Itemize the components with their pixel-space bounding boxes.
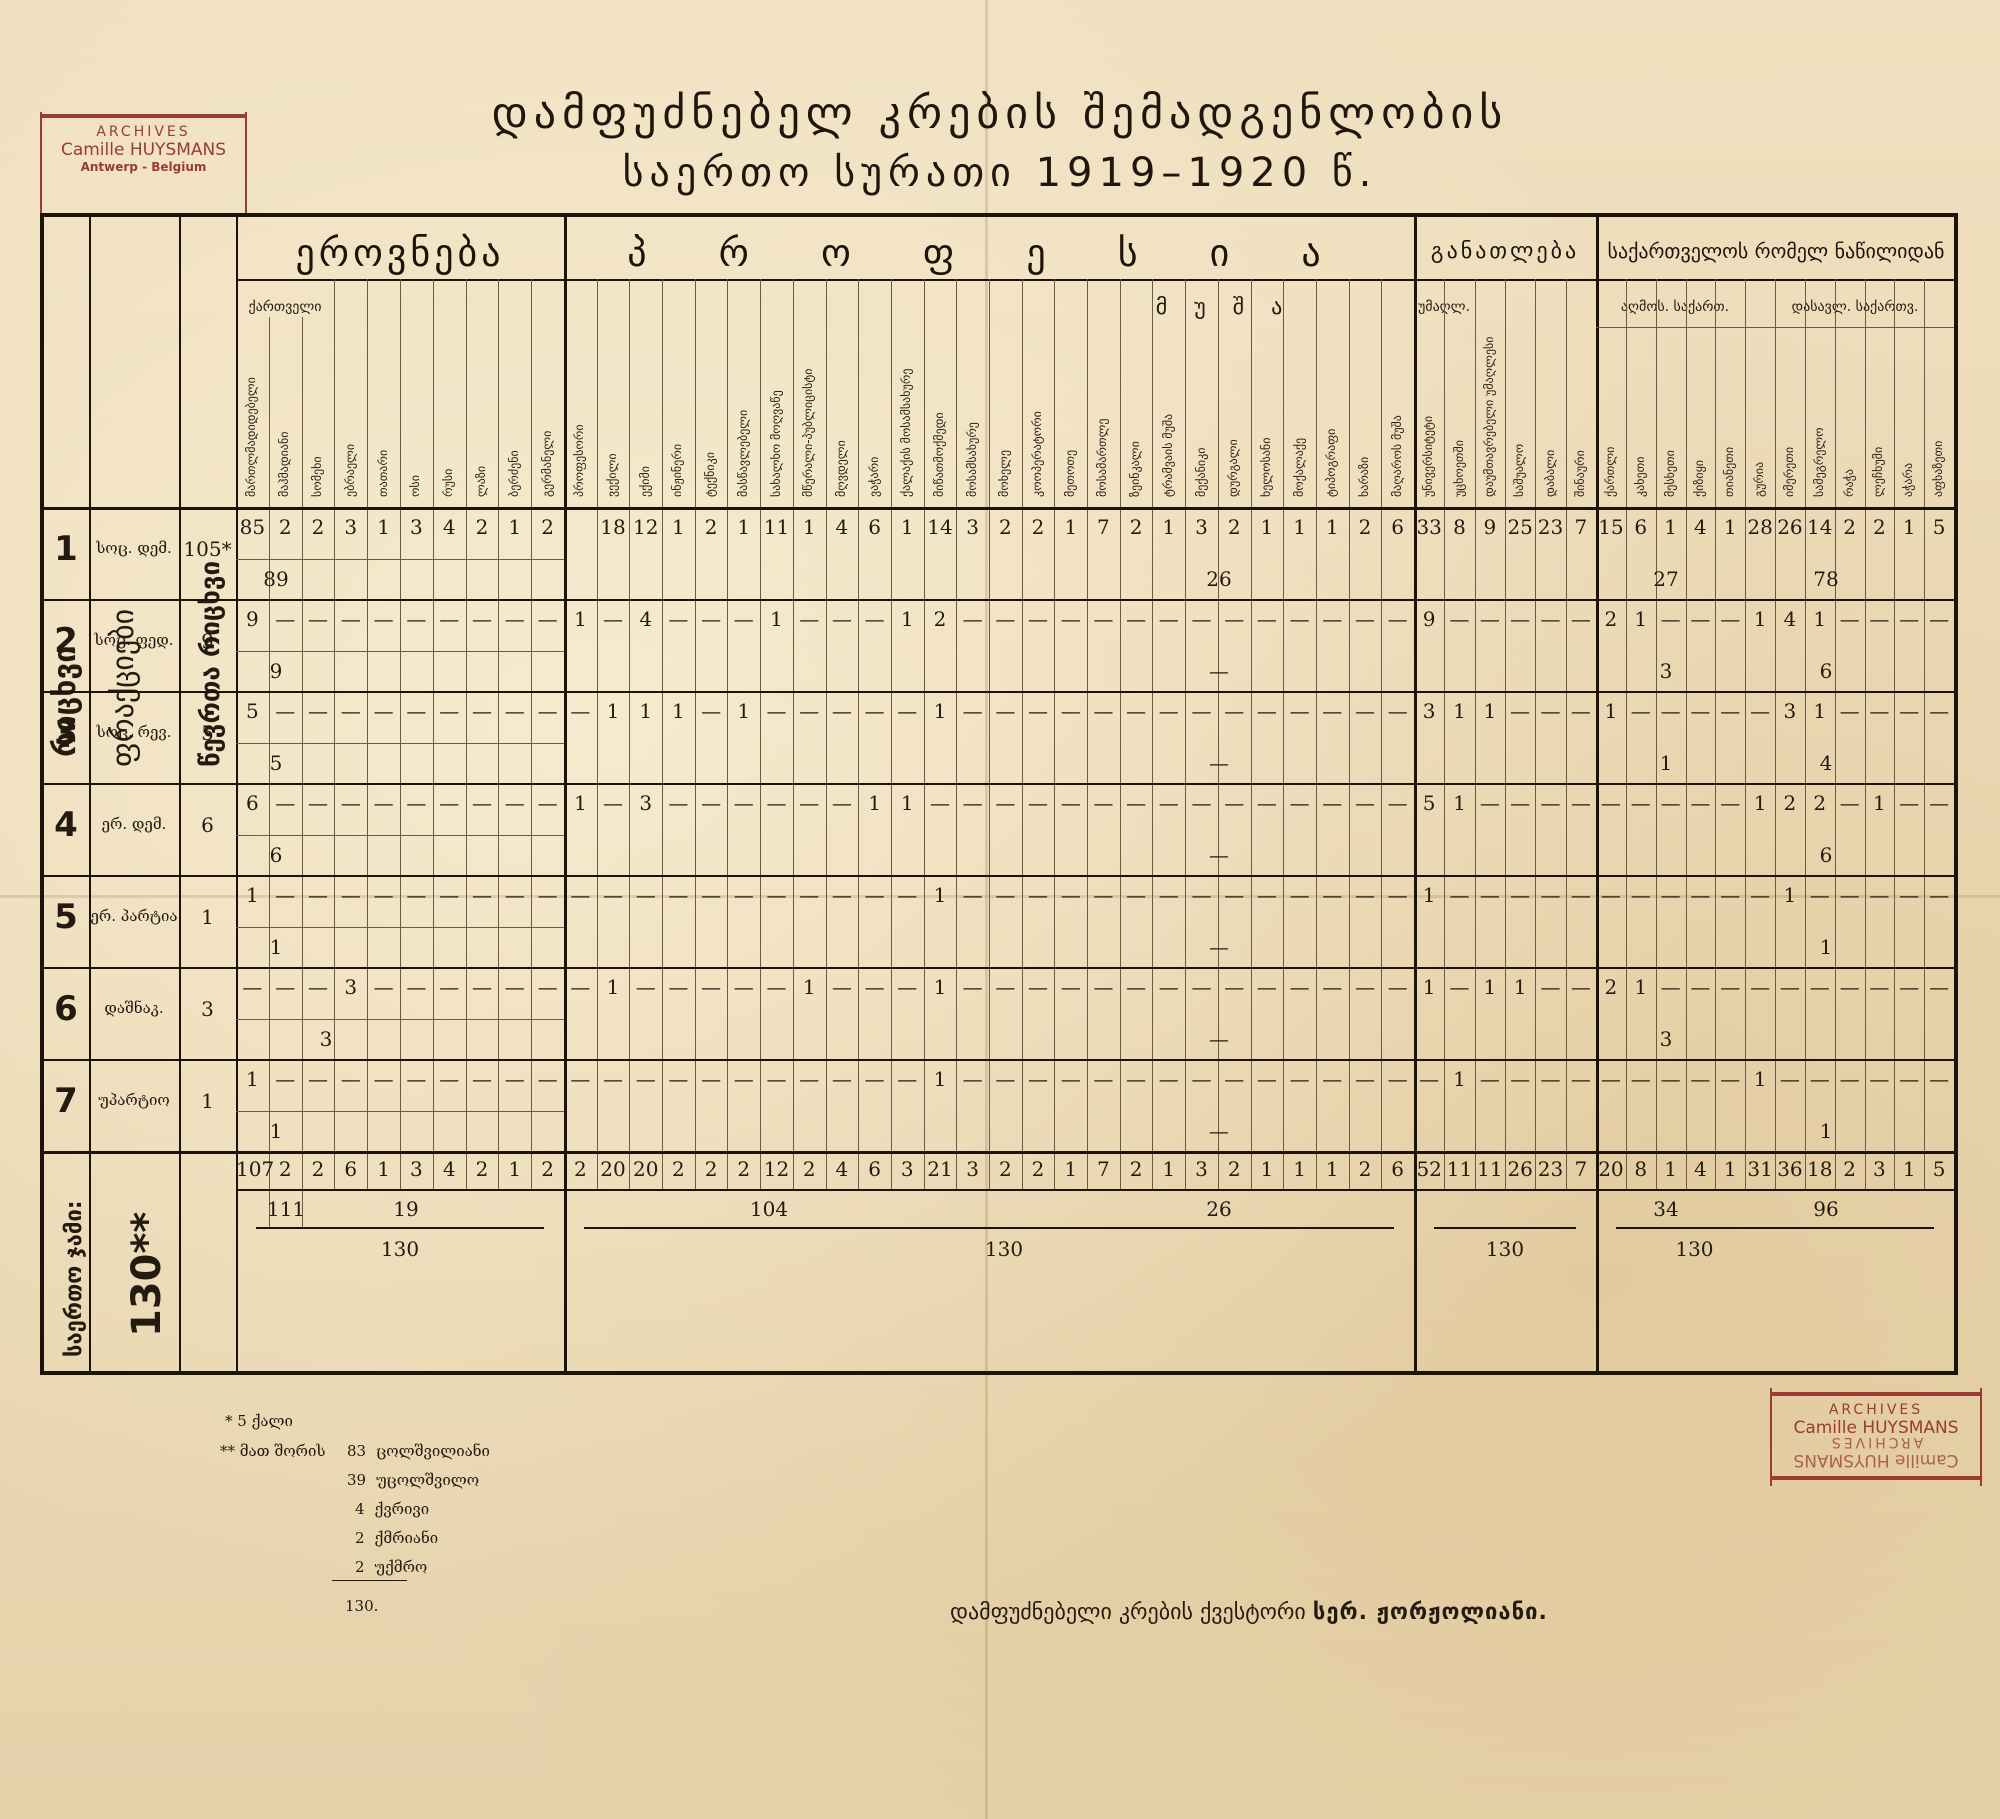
cell-profession: — — [1316, 883, 1349, 907]
cell-profession: — — [891, 883, 924, 907]
cell-nationality: — — [466, 883, 499, 907]
cell-region: — — [1805, 1067, 1835, 1091]
cell-region: — — [1656, 883, 1686, 907]
cell-profession: 1 — [793, 515, 826, 539]
cell-profession: — — [564, 699, 597, 723]
cell-education: 25 — [1505, 515, 1535, 539]
total-education: 11 — [1475, 1157, 1505, 1181]
cell-nationality: — — [302, 607, 335, 631]
cell-profession: — — [1316, 975, 1349, 999]
cell-nationality: 3 — [334, 515, 367, 539]
cell-region: — — [1865, 975, 1895, 999]
cell-profession: — — [1283, 975, 1316, 999]
cell-nationality: — — [466, 791, 499, 815]
cell-profession: 2 — [989, 515, 1022, 539]
cell-profession: 14 — [924, 515, 957, 539]
footnote-label: ცოლშვილიანი — [376, 1442, 490, 1460]
cell-profession: — — [629, 883, 662, 907]
cell-region: — — [1894, 1067, 1924, 1091]
footnote-item: 4ქვრივი — [355, 1500, 429, 1518]
cell-region: 1 — [1596, 699, 1626, 723]
cell-profession: — — [826, 883, 859, 907]
cell-profession: 6 — [1381, 515, 1414, 539]
cell-profession: — — [1152, 607, 1185, 631]
cell-profession: — — [1022, 1067, 1055, 1091]
archive-stamp-top-left: ARCHIVES Camille HUYSMANS Antwerp - Belg… — [40, 112, 247, 214]
cell-profession: — — [1022, 607, 1055, 631]
member-count: 6 — [179, 813, 236, 837]
cell-profession: — — [597, 883, 630, 907]
cell-profession: — — [826, 607, 859, 631]
cell-nationality: — — [334, 883, 367, 907]
cell-profession: — — [858, 975, 891, 999]
total-profession: 6 — [858, 1157, 891, 1181]
total-region: 4 — [1686, 1157, 1716, 1181]
cell-region: — — [1924, 975, 1954, 999]
cell-profession: 1 — [924, 1067, 957, 1091]
cell-region: — — [1715, 1067, 1745, 1091]
stamp-text: ARCHIVES — [1776, 1402, 1976, 1418]
cell-profession: — — [1283, 1067, 1316, 1091]
total-profession: 2 — [793, 1157, 826, 1181]
cell-profession: — — [727, 975, 760, 999]
cell-profession: — — [989, 1067, 1022, 1091]
region-subtotal: 1 — [1616, 751, 1716, 775]
column-header-region: მესხეთი — [1663, 367, 1677, 497]
cell-education: — — [1505, 607, 1535, 631]
cell-nationality: — — [302, 791, 335, 815]
total-profession: 3 — [1185, 1157, 1218, 1181]
cell-profession: — — [695, 607, 728, 631]
party-name: სოც. დემ. — [90, 539, 178, 557]
cell-profession: — — [1349, 699, 1382, 723]
cell-region: 4 — [1686, 515, 1716, 539]
cell-profession: — — [727, 607, 760, 631]
total-region: 18 — [1805, 1157, 1835, 1181]
column-header-profession: მეთოთე — [1063, 367, 1077, 497]
cell-region: — — [1835, 1067, 1865, 1091]
column-header-nationality: ბერძენი — [507, 367, 521, 497]
cell-education: 1 — [1444, 699, 1474, 723]
cell-profession: — — [1251, 699, 1284, 723]
cell-nationality: 1 — [498, 515, 531, 539]
cell-profession: — — [1218, 975, 1251, 999]
cell-nationality: — — [334, 1067, 367, 1091]
total-region: 1 — [1656, 1157, 1686, 1181]
cell-profession: — — [662, 607, 695, 631]
column-header-profession: მოსამართლე — [1095, 367, 1109, 497]
cell-nationality: — — [269, 607, 302, 631]
cell-nationality: 3 — [400, 515, 433, 539]
total-profession: 1 — [1054, 1157, 1087, 1181]
cell-profession: — — [695, 1067, 728, 1091]
cell-profession: — — [1349, 791, 1382, 815]
cell-region: — — [1656, 1067, 1686, 1091]
cell-nationality: — — [400, 791, 433, 815]
cell-nationality: — — [433, 791, 466, 815]
cell-region: — — [1894, 699, 1924, 723]
cell-profession: 1 — [760, 607, 793, 631]
cell-profession: — — [858, 699, 891, 723]
header-east-georgia: აღმოს. საქართ. — [1600, 299, 1750, 315]
cell-region: 2 — [1596, 607, 1626, 631]
cell-region: — — [1894, 607, 1924, 631]
column-header-education: უცხოეთში — [1452, 367, 1466, 497]
total-nationality: 107 — [236, 1157, 269, 1181]
cell-education: — — [1566, 975, 1596, 999]
grand-total: 130** — [124, 1157, 170, 1337]
cell-profession: — — [1283, 699, 1316, 723]
total-profession: 2 — [1022, 1157, 1055, 1181]
cell-region: 4 — [1775, 607, 1805, 631]
cell-profession: — — [858, 1067, 891, 1091]
cell-nationality: — — [531, 883, 564, 907]
cell-profession: — — [1218, 883, 1251, 907]
cell-region: — — [1656, 699, 1686, 723]
cell-profession: 2 — [695, 515, 728, 539]
cell-profession: — — [564, 1067, 597, 1091]
cell-region: 1 — [1805, 699, 1835, 723]
cell-profession: — — [760, 699, 793, 723]
cell-profession: — — [956, 699, 989, 723]
header-georgian: ქართველი — [240, 299, 330, 315]
column-header-profession: მღვდელი — [834, 317, 848, 497]
total-education: 52 — [1414, 1157, 1444, 1181]
total-professions: 104 — [684, 1197, 854, 1221]
workers-subtotal: — — [1094, 1119, 1344, 1143]
stamp-text: Camille HUYSMANS — [46, 140, 241, 160]
cell-profession: — — [956, 607, 989, 631]
total-education: 7 — [1566, 1157, 1596, 1181]
cell-profession: — — [1218, 1067, 1251, 1091]
cell-profession: — — [1120, 883, 1153, 907]
cell-region: — — [1686, 791, 1716, 815]
cell-profession: — — [1087, 607, 1120, 631]
cell-education: 9 — [1475, 515, 1505, 539]
cell-nationality: — — [400, 883, 433, 907]
total-nationality: 4 — [433, 1157, 466, 1181]
cell-profession: — — [1381, 699, 1414, 723]
cell-region: 1 — [1656, 515, 1686, 539]
footnote-women: * 5 ქალი — [225, 1412, 293, 1430]
total-profession: 7 — [1087, 1157, 1120, 1181]
cell-region: 14 — [1805, 515, 1835, 539]
total-education: 26 — [1505, 1157, 1535, 1181]
cell-education: — — [1505, 699, 1535, 723]
total-region: 36 — [1775, 1157, 1805, 1181]
cell-region: — — [1715, 883, 1745, 907]
cell-profession: 1 — [662, 515, 695, 539]
cell-profession: — — [727, 883, 760, 907]
cell-education: — — [1475, 883, 1505, 907]
total-profession: 6 — [1381, 1157, 1414, 1181]
total-nationality: 2 — [466, 1157, 499, 1181]
archive-stamp-bottom-right: ARCHIVES Camille HUYSMANS Camille HUYSMA… — [1770, 1388, 1982, 1486]
total-profession: 2 — [727, 1157, 760, 1181]
cell-nationality: 4 — [433, 515, 466, 539]
total-profession: 2 — [564, 1157, 597, 1181]
cell-profession: — — [1218, 607, 1251, 631]
cell-region: — — [1865, 1067, 1895, 1091]
cell-profession: 11 — [760, 515, 793, 539]
cell-region: — — [1686, 607, 1716, 631]
region-subtotal: 27 — [1616, 567, 1716, 591]
cell-profession: 4 — [826, 515, 859, 539]
cell-education: 1 — [1414, 975, 1444, 999]
cell-profession: 1 — [924, 975, 957, 999]
footnote-count: 39 — [347, 1471, 366, 1489]
cell-education: — — [1566, 791, 1596, 815]
cell-nationality: — — [302, 1067, 335, 1091]
cell-profession: — — [989, 883, 1022, 907]
cell-profession: — — [891, 699, 924, 723]
total-profession: 2 — [1120, 1157, 1153, 1181]
cell-region: — — [1626, 1067, 1656, 1091]
cell-profession: 3 — [956, 515, 989, 539]
cell-region: — — [1835, 883, 1865, 907]
cell-region: — — [1775, 1067, 1805, 1091]
cell-nationality: — — [367, 883, 400, 907]
cell-region: — — [1715, 791, 1745, 815]
cell-profession: — — [1349, 975, 1382, 999]
total-region: 8 — [1626, 1157, 1656, 1181]
cell-nationality: — — [334, 791, 367, 815]
cell-nationality: — — [498, 883, 531, 907]
total-profession: 1 — [1283, 1157, 1316, 1181]
member-count: 9 — [179, 629, 236, 653]
cell-nationality: 1 — [236, 883, 269, 907]
cell-profession: — — [1022, 883, 1055, 907]
row-number: 4 — [44, 805, 88, 845]
column-header-nationality: თათარი — [376, 367, 390, 497]
total-profession: 1 — [1152, 1157, 1185, 1181]
member-count: 3 — [179, 997, 236, 1021]
cell-profession: — — [989, 975, 1022, 999]
cell-nationality: — — [269, 883, 302, 907]
cell-region: — — [1894, 975, 1924, 999]
total-profession: 21 — [924, 1157, 957, 1181]
cell-nationality: 6 — [236, 791, 269, 815]
cell-profession: — — [1349, 607, 1382, 631]
cell-profession: — — [1185, 791, 1218, 815]
cell-profession: — — [1185, 883, 1218, 907]
cell-profession: 2 — [1120, 515, 1153, 539]
footnote-count: 83 — [347, 1442, 366, 1460]
cell-education: 9 — [1414, 607, 1444, 631]
cell-education: — — [1414, 1067, 1444, 1091]
cell-education: — — [1566, 1067, 1596, 1091]
cell-profession: 2 — [1349, 515, 1382, 539]
nationality-subtotal: 1 — [246, 1119, 306, 1143]
cell-nationality: 2 — [302, 515, 335, 539]
cell-region: — — [1805, 975, 1835, 999]
cell-education: — — [1444, 883, 1474, 907]
cell-education: 1 — [1475, 975, 1505, 999]
cell-region: — — [1596, 883, 1626, 907]
column-header-region: ქიზიყი — [1692, 367, 1706, 497]
cell-education: — — [1566, 699, 1596, 723]
cell-education: — — [1444, 607, 1474, 631]
cell-nationality: — — [400, 975, 433, 999]
cell-profession: — — [1316, 1067, 1349, 1091]
cell-region: 1 — [1626, 975, 1656, 999]
cell-region: 2 — [1865, 515, 1895, 539]
cell-region: — — [1656, 975, 1686, 999]
region-subtotal: 1 — [1776, 935, 1876, 959]
header-west-georgia: დასავლ. საქართვ. — [1760, 299, 1950, 315]
column-header-profession: ვაჭარი — [867, 367, 881, 497]
cell-education: — — [1475, 791, 1505, 815]
cell-nationality: — — [269, 699, 302, 723]
party-name: სოც. ფედ. — [90, 631, 178, 649]
header-region: საქართველოს რომელ ნაწილიდან — [1596, 239, 1956, 263]
cell-profession: — — [1054, 1067, 1087, 1091]
row-number: 6 — [44, 989, 88, 1029]
column-header-region: ლეჩხუმი — [1871, 367, 1885, 497]
cell-profession: — — [1283, 607, 1316, 631]
cell-profession: — — [1152, 1067, 1185, 1091]
cell-education: 23 — [1535, 515, 1565, 539]
cell-education: — — [1535, 699, 1565, 723]
signature-title: დამფუძნებელი კრების ქვესტორი — [950, 1600, 1306, 1625]
cell-profession: — — [662, 883, 695, 907]
total-profession: 4 — [826, 1157, 859, 1181]
cell-region: 1 — [1745, 607, 1775, 631]
total-nationality: 1 — [367, 1157, 400, 1181]
cell-education: — — [1475, 1067, 1505, 1091]
row-number: 3 — [44, 713, 88, 753]
column-header-nationality: ოსი — [408, 367, 422, 497]
cell-profession: — — [1152, 975, 1185, 999]
column-header-nationality: გერმანელი — [540, 367, 554, 497]
cell-nationality: — — [531, 791, 564, 815]
column-header-nationality: რუსი — [441, 367, 455, 497]
cell-nationality: — — [466, 699, 499, 723]
cell-nationality: — — [433, 699, 466, 723]
total-nationality: 2 — [531, 1157, 564, 1181]
cell-nationality: — — [236, 975, 269, 999]
region-subtotal: 6 — [1776, 659, 1876, 683]
total-region: 1 — [1715, 1157, 1745, 1181]
total-profession: 12 — [760, 1157, 793, 1181]
cell-profession: — — [826, 1067, 859, 1091]
cell-nationality: — — [302, 883, 335, 907]
cell-profession: — — [695, 975, 728, 999]
cell-region: — — [1924, 883, 1954, 907]
total-region: 31 — [1745, 1157, 1775, 1181]
cell-profession: — — [1185, 975, 1218, 999]
column-header-region: თიანეთი — [1722, 367, 1736, 497]
cell-region: — — [1835, 699, 1865, 723]
cell-profession: — — [956, 791, 989, 815]
cell-region: 2 — [1835, 515, 1865, 539]
cell-nationality: — — [498, 607, 531, 631]
column-header-profession: მოხელე — [997, 367, 1011, 497]
header-education: განათლება — [1414, 239, 1596, 264]
cell-profession: 1 — [1251, 515, 1284, 539]
region-subtotal: 4 — [1776, 751, 1876, 775]
cell-education: 1 — [1444, 1067, 1474, 1091]
cell-nationality: — — [269, 1067, 302, 1091]
cell-profession: — — [1381, 883, 1414, 907]
cell-profession: — — [1381, 975, 1414, 999]
column-header-region: გურია — [1752, 367, 1766, 497]
cell-profession: — — [826, 975, 859, 999]
cell-profession: 1 — [891, 607, 924, 631]
total-region: 3 — [1865, 1157, 1895, 1181]
cell-education: — — [1566, 883, 1596, 907]
cell-region: 15 — [1596, 515, 1626, 539]
footnote-item: 2ქმრიანი — [355, 1529, 438, 1547]
cell-nationality: — — [400, 607, 433, 631]
cell-region: — — [1626, 699, 1656, 723]
workers-subtotal: — — [1094, 935, 1344, 959]
total-profession: 2 — [989, 1157, 1022, 1181]
cell-profession: — — [891, 975, 924, 999]
cell-nationality: — — [531, 607, 564, 631]
cell-education: — — [1505, 791, 1535, 815]
cell-profession: — — [760, 883, 793, 907]
cell-profession: — — [727, 791, 760, 815]
cell-region: — — [1835, 975, 1865, 999]
cell-profession: 1 — [891, 791, 924, 815]
column-header-profession: ინჟინერი — [670, 367, 684, 497]
region-subtotal: 3 — [1616, 659, 1716, 683]
footnote-label: უქმრო — [375, 1558, 428, 1576]
cell-profession: — — [1283, 883, 1316, 907]
total-profession: 2 — [695, 1157, 728, 1181]
member-count: 1 — [179, 1089, 236, 1113]
cell-profession: — — [662, 1067, 695, 1091]
cell-education: — — [1566, 607, 1596, 631]
cell-profession: — — [695, 791, 728, 815]
cell-nationality: — — [334, 699, 367, 723]
cell-region: — — [1924, 699, 1954, 723]
cell-profession: — — [1185, 699, 1218, 723]
column-header-nationality: სომეხი — [310, 367, 324, 497]
cell-profession: 6 — [858, 515, 891, 539]
cell-region: — — [1656, 791, 1686, 815]
cell-profession: 1 — [629, 699, 662, 723]
footnote-total: 130. — [345, 1597, 378, 1615]
cell-profession: 1 — [858, 791, 891, 815]
cell-education: 33 — [1414, 515, 1444, 539]
cell-education: 1 — [1475, 699, 1505, 723]
cell-profession: — — [1381, 1067, 1414, 1091]
cell-profession: — — [793, 607, 826, 631]
cell-profession: — — [662, 975, 695, 999]
row-number: 2 — [44, 621, 88, 661]
cell-profession: 2 — [1022, 515, 1055, 539]
cell-education: 1 — [1414, 883, 1444, 907]
cell-region: 1 — [1775, 883, 1805, 907]
cell-region: 28 — [1745, 515, 1775, 539]
cell-region: — — [1775, 975, 1805, 999]
composition-table: რიცხვი ფრაქციები წევრთა რიცხვი ეროვნება … — [40, 213, 1958, 1375]
column-header-region: აჭარა — [1901, 367, 1915, 497]
cell-region: — — [1924, 1067, 1954, 1091]
column-header-education: შინაური — [1573, 367, 1587, 497]
total-workers: 26 — [1094, 1197, 1344, 1221]
grand-total-nationality: 130 — [236, 1237, 564, 1261]
cell-profession: 1 — [1054, 515, 1087, 539]
column-header-profession: ხელოსანი — [1259, 367, 1273, 497]
member-count: 1 — [179, 905, 236, 929]
cell-profession: — — [629, 975, 662, 999]
cell-profession: — — [1120, 699, 1153, 723]
cell-education: — — [1444, 975, 1474, 999]
cell-region: — — [1865, 883, 1895, 907]
